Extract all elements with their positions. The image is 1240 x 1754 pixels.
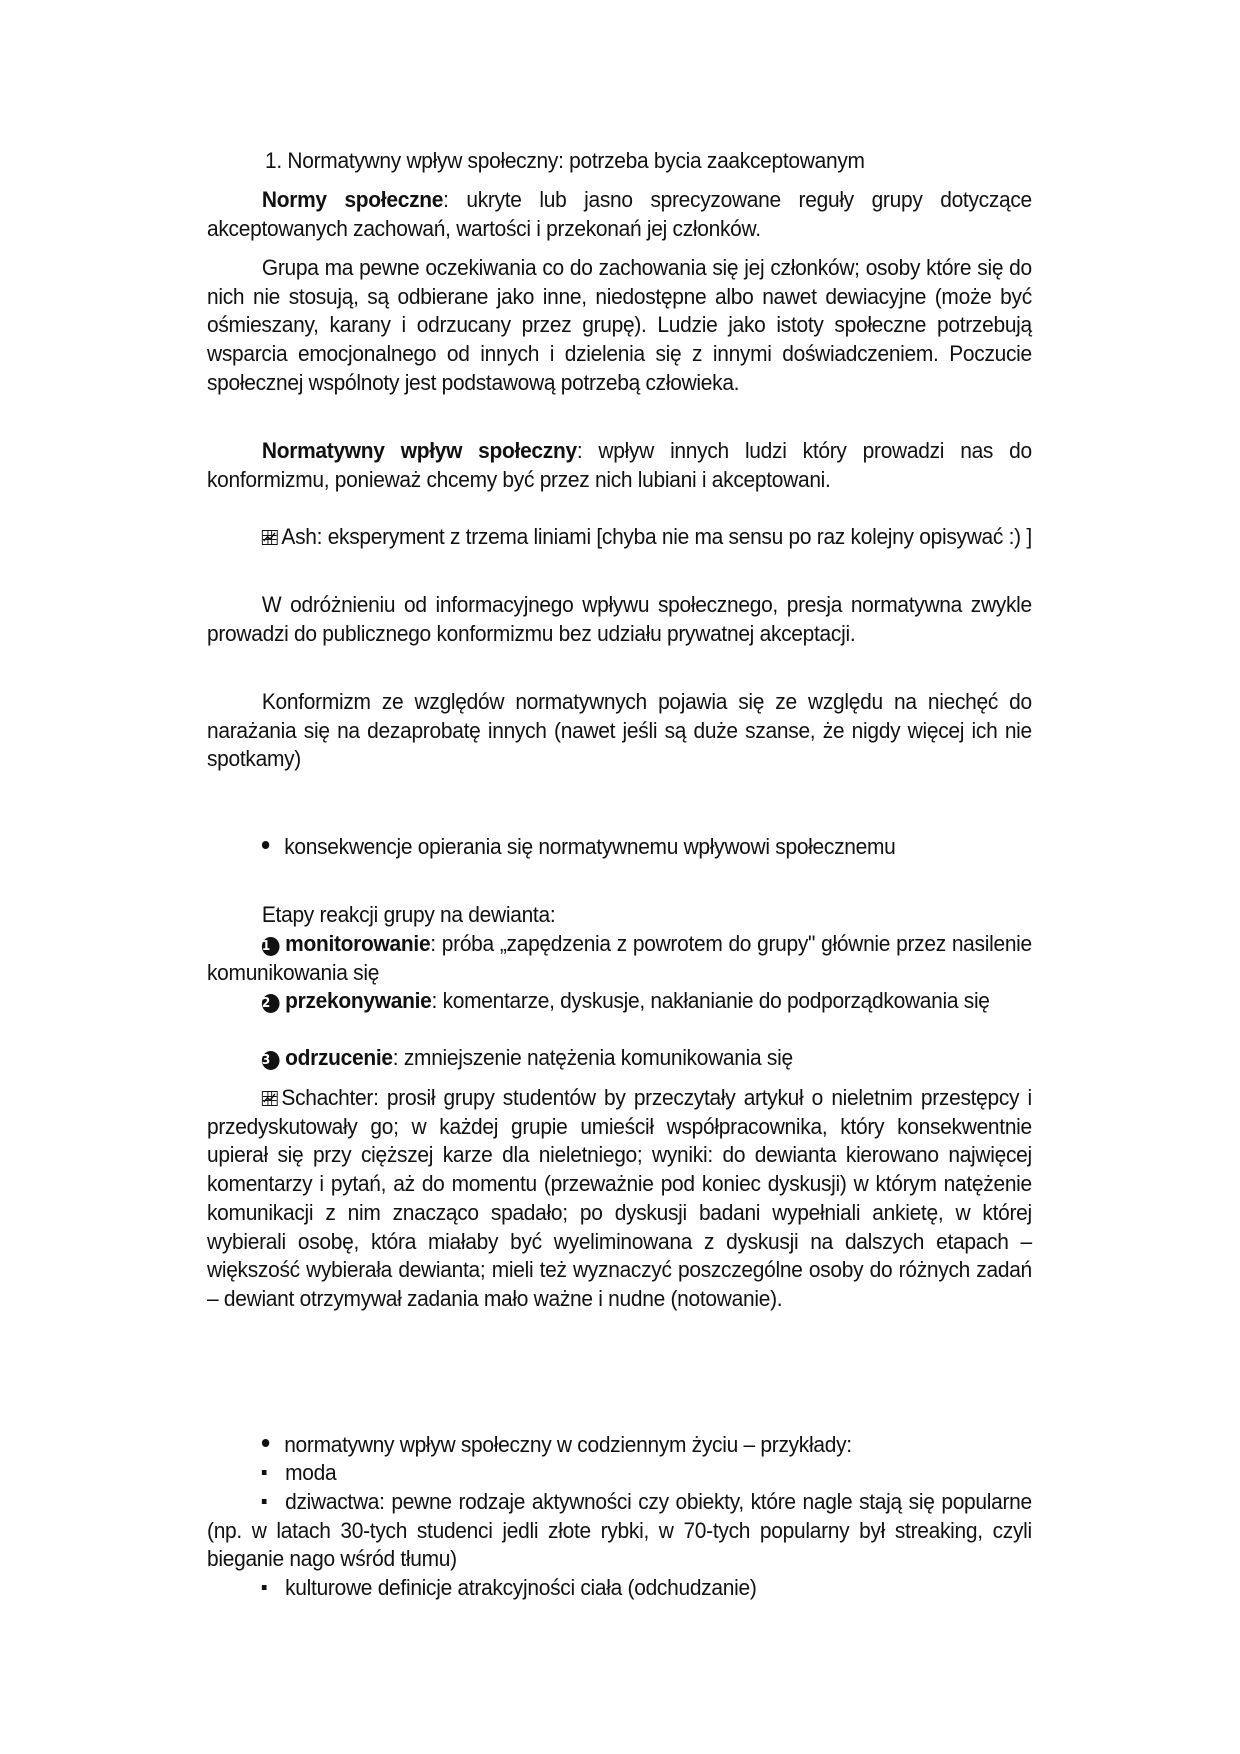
paragraph-schachter: Schachter: prosił grupy studentów by prz… [207, 1084, 1032, 1314]
stage-text: : komentarze, dyskusje, nakłanianie do p… [432, 988, 990, 1013]
number-2-icon: 2 [262, 994, 280, 1013]
contrast-text: W odróżnieniu od informacyjnego wpływu s… [207, 592, 1032, 646]
stage-item-2: 2przekonywanie: komentarze, dyskusje, na… [207, 987, 1032, 1016]
stage-item-3: 3odrzucenie: zmniejszenie natężenia komu… [207, 1044, 1032, 1073]
example-item-2: dziwactwa: pewne rodzaje aktywności czy … [207, 1488, 1032, 1574]
number-1-icon: 1 [262, 937, 280, 956]
bullet-square-icon [262, 1499, 267, 1504]
paragraph-contrast: W odróżnieniu od informacyjnego wpływu s… [207, 591, 1032, 648]
bullet-everyday: normatywny wpływ społeczny w codziennym … [207, 1431, 1032, 1460]
stages-intro: Etapy reakcji grupy na dewianta: [207, 901, 1032, 930]
paragraph-norms: Normy społeczne: ukryte lub jasno sprecy… [207, 186, 1032, 243]
stage-term: monitorowanie [285, 931, 430, 956]
paragraph-group-expectations: Grupa ma pewne oczekiwania co do zachowa… [207, 254, 1032, 398]
bullet-consequences: konsekwencje opierania się normatywnemu … [207, 833, 1032, 862]
bullet-dot-icon [262, 841, 269, 849]
number-3-icon: 3 [262, 1051, 280, 1070]
stage-term: odrzucenie [285, 1045, 393, 1070]
stage-text: : zmniejszenie natężenia komunikowania s… [393, 1045, 793, 1070]
example-text: dziwactwa: pewne rodzaje aktywności czy … [207, 1489, 1032, 1571]
conformity-reason-text: Konformizm ze względów normatywnych poja… [207, 689, 1032, 771]
stages-intro-text: Etapy reakcji grupy na dewianta: [262, 902, 556, 927]
heading-text: 1. Normatywny wpływ społeczny: potrzeba … [265, 148, 865, 173]
bullet-square-icon [262, 1470, 267, 1475]
group-expectations-text: Grupa ma pewne oczekiwania co do zachowa… [207, 255, 1032, 395]
section-heading: 1. Normatywny wpływ społeczny: potrzeba … [265, 147, 1090, 176]
ash-text: Ash: eksperyment z trzema liniami [chyba… [281, 524, 1032, 549]
example-text: moda [285, 1460, 336, 1485]
paragraph-ash: Ash: eksperyment z trzema liniami [chyba… [207, 523, 1032, 552]
term-norms: Normy społeczne [262, 187, 443, 212]
stage-item-1: 1monitorowanie: próba „zapędzenia z powr… [207, 930, 1032, 987]
schachter-text: Schachter: prosił grupy studentów by prz… [207, 1085, 1032, 1311]
example-item-3: kulturowe definicje atrakcyjności ciała … [207, 1574, 1032, 1603]
everyday-text: normatywny wpływ społeczny w codziennym … [284, 1432, 852, 1457]
bullet-square-icon [262, 1585, 267, 1590]
document-page: 1. Normatywny wpływ społeczny: potrzeba … [0, 0, 1240, 1754]
term-normative-influence: Normatywny wpływ społeczny [262, 438, 577, 463]
consequences-text: konsekwencje opierania się normatywnemu … [284, 834, 895, 859]
example-item-1: moda [207, 1459, 1032, 1488]
example-text: kulturowe definicje atrakcyjności ciała … [285, 1575, 756, 1600]
chart-grid-icon [262, 530, 278, 545]
chart-grid-icon [262, 1091, 278, 1106]
stage-term: przekonywanie [285, 988, 431, 1013]
bullet-dot-icon [262, 1439, 269, 1447]
paragraph-conformity-reason: Konformizm ze względów normatywnych poja… [207, 688, 1032, 774]
paragraph-normative-influence: Normatywny wpływ społeczny: wpływ innych… [207, 437, 1032, 494]
